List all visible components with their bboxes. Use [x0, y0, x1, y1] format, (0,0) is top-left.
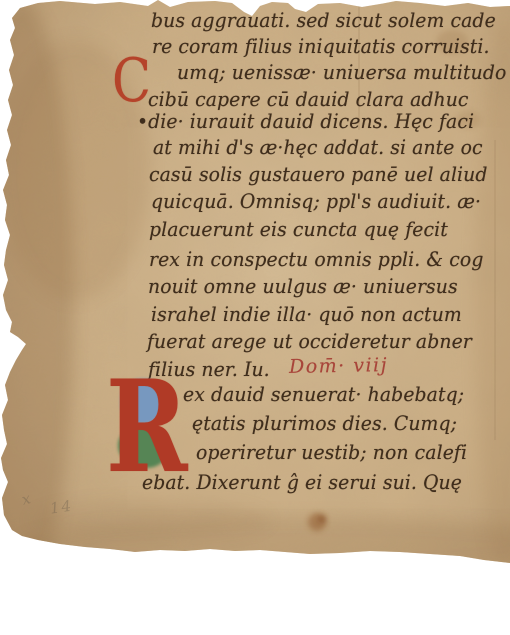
manuscript-line: operiretur uestib; non calefi: [196, 441, 467, 463]
brown-stain-core: [318, 515, 326, 523]
manuscript-line: ętatis plurimos dies. Cumq;: [192, 412, 457, 434]
pencil-mark: 14: [49, 498, 74, 516]
manuscript-line: placuerunt eis cuncta quę fecit: [149, 218, 448, 240]
manuscript-scan: bus aggrauati. sed sicut solem cade re c…: [0, 0, 510, 635]
manuscript-line: at mihi d's æ·hęc addat. si ante oc: [153, 136, 483, 158]
right-crease: [494, 140, 496, 440]
manuscript-line: ex dauid senuerat· habebatq;: [183, 383, 464, 405]
red-rubric: Dom̄· viij: [289, 355, 388, 377]
manuscript-line: bus aggrauati. sed sicut solem cade: [151, 9, 496, 31]
manuscript-line: ebat. Dixerunt ĝ ei serui sui. Quę: [142, 471, 462, 493]
manuscript-line: cibū capere cū dauid clara adhuc: [148, 88, 469, 110]
manuscript-line: umq; uenissæ· uniuersa multitudo: [177, 61, 506, 83]
manuscript-line: rex in conspectu omnis ppli. & cog: [149, 248, 483, 270]
manuscript-line: israhel indie illa· quō non actum: [151, 303, 462, 325]
manuscript-line: fuerat arege ut occideretur abner: [147, 330, 472, 352]
manuscript-line: casū solis gustauero panē uel aliud: [149, 163, 488, 185]
manuscript-line: re coram filius iniquitatis corruisti.: [152, 35, 490, 57]
manuscript-line: quicquā. Omnisq; ppl's audiuit. æ·: [151, 190, 481, 212]
red-initial-c: C: [112, 51, 151, 111]
manuscript-line: nouit omne uulgus æ· uniuersus: [148, 275, 458, 297]
manuscript-line: •die· iurauit dauid dicens. Hęc faci: [137, 110, 474, 132]
illuminated-initial-r: R: [106, 372, 190, 478]
